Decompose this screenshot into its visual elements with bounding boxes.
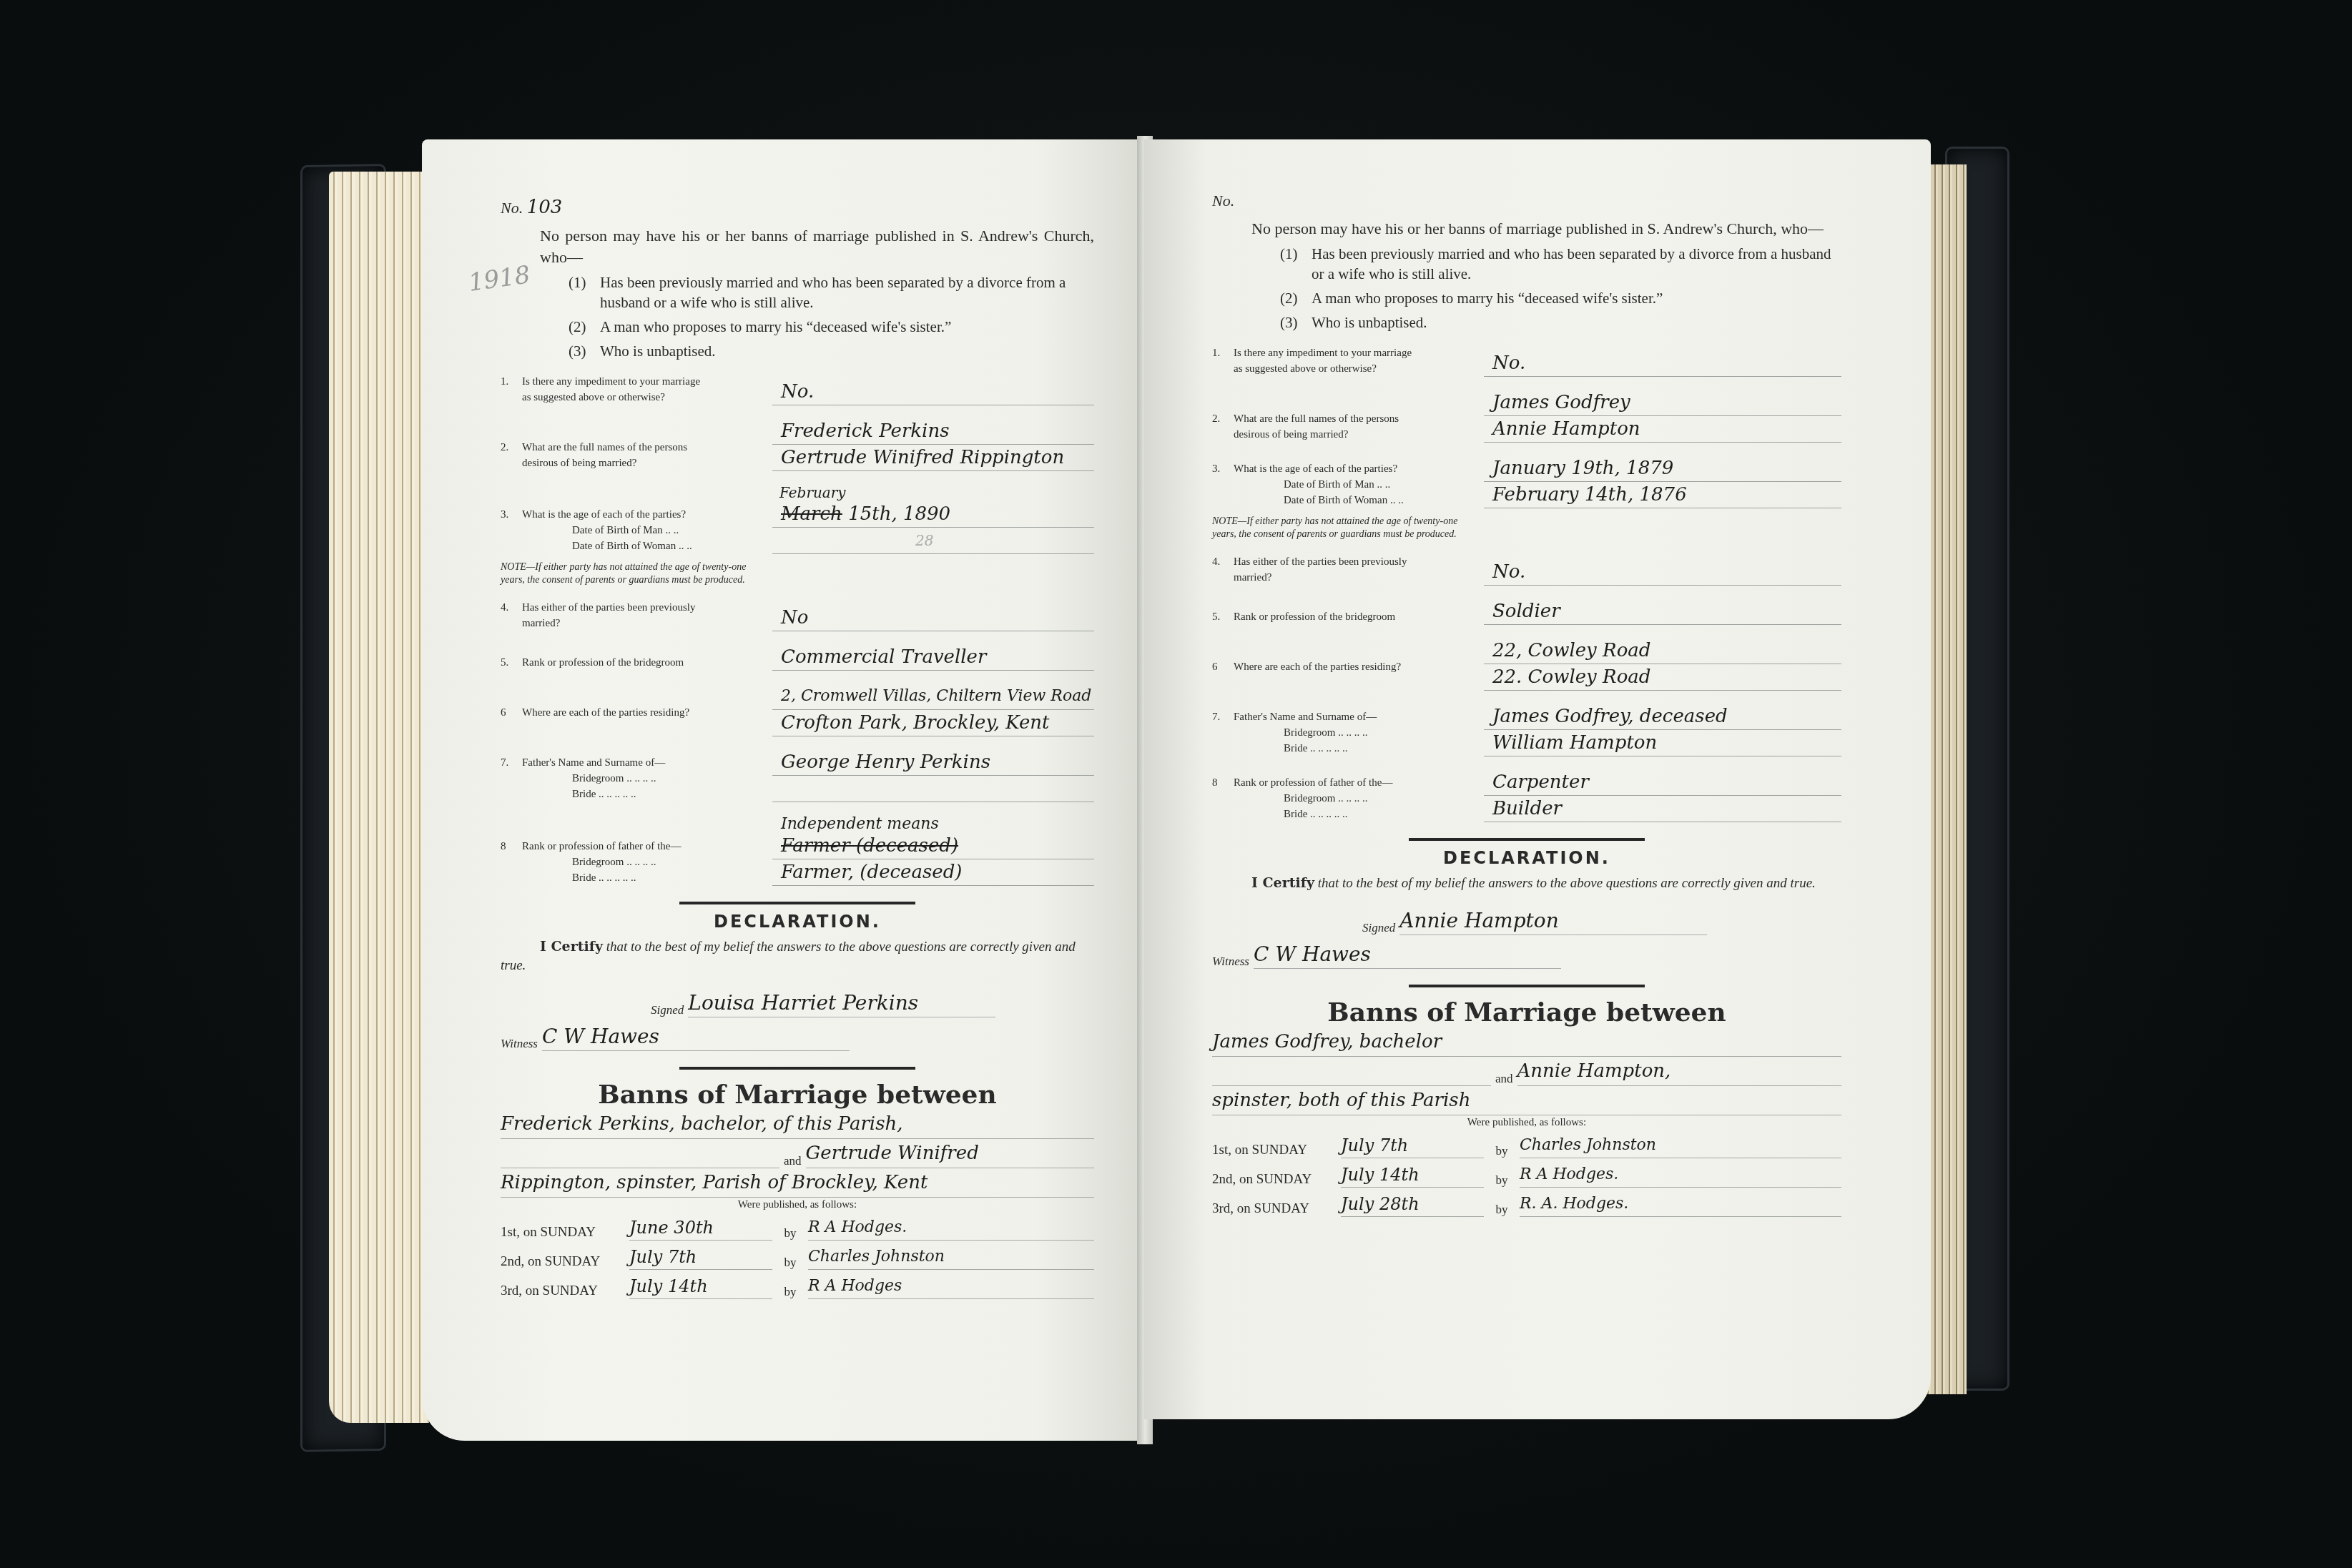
divider — [1409, 838, 1645, 841]
question-8: 8Rank or profession of father of the— Br… — [1212, 769, 1841, 822]
question-2: 2.What are the full names of the persons… — [1212, 390, 1841, 443]
banns-groom: James Godfrey, bachelor — [1212, 1027, 1841, 1057]
right-page: No. No person may have his or her banns … — [1144, 139, 1931, 1419]
previously-married: No — [772, 605, 1094, 631]
restriction-item: (2)A man who proposes to marry his “dece… — [1280, 288, 1841, 308]
banns-bride: Gertrude Winifred — [806, 1139, 1094, 1168]
restriction-item: (2)A man who proposes to marry his “dece… — [569, 317, 1094, 337]
question-5: 5.Rank or profession of the bridegroom S… — [1212, 598, 1841, 625]
witness-row: Witness C W Hawes — [1212, 941, 1841, 969]
bride-name: Gertrude Winifred Rippington — [772, 445, 1094, 471]
witness-signature: C W Hawes — [542, 1023, 850, 1051]
question-2: 2.What are the full names of the persons… — [501, 418, 1094, 471]
publication-row: 1st, on SUNDAYJuly 7th byCharles Johnsto… — [1212, 1133, 1841, 1158]
entry-number: No. — [1212, 189, 1841, 211]
residence-2: Crofton Park, Brockley, Kent — [772, 710, 1094, 736]
declaration-title: DECLARATION. — [1212, 848, 1841, 868]
witness-row: Witness C W Hawes — [501, 1023, 1094, 1051]
father-groom: James Godfrey, deceased — [1484, 704, 1841, 730]
banns-bride: Annie Hampton, — [1517, 1057, 1841, 1086]
answer-impediment: No. — [772, 379, 1094, 405]
question-1: 1.Is there any impediment to your marria… — [1212, 345, 1841, 377]
signature: Annie Hampton — [1399, 907, 1707, 935]
father-bride-rank: Farmer, (deceased) — [772, 859, 1094, 886]
publication-row: 3rd, on SUNDAYJuly 28th byR. A. Hodges. — [1212, 1192, 1841, 1217]
question-6: 6Where are each of the parties residing?… — [501, 684, 1094, 736]
intro-text: No person may have his or her banns of m… — [1212, 218, 1841, 240]
banns-bride-cont: Rippington, spinster, Parish of Brockley… — [501, 1168, 1094, 1198]
divider — [679, 1067, 915, 1070]
groom-name: Frederick Perkins — [772, 418, 1094, 445]
dob-correction: February — [772, 484, 1094, 501]
question-4: 4.Has either of the parties been previou… — [1212, 554, 1841, 586]
published-label: Were published, as follows: — [1212, 1117, 1841, 1129]
father-groom-rank-struck: Farmer (deceased) — [772, 833, 1094, 859]
restriction-list: (1)Has been previously married and who h… — [1280, 244, 1841, 332]
woman-dob: February 14th, 1876 — [1484, 482, 1841, 508]
previously-married: No. — [1484, 559, 1841, 586]
residence-2: 22. Cowley Road — [1484, 664, 1841, 691]
age-note: NOTE—If either party has not attained th… — [1212, 516, 1477, 541]
question-6: 6Where are each of the parties residing?… — [1212, 638, 1841, 691]
question-5: 5.Rank or profession of the bridegroom C… — [501, 644, 1094, 671]
published-label: Were published, as follows: — [501, 1199, 1094, 1211]
answer-impediment: No. — [1484, 350, 1841, 377]
restriction-item: (3)Who is unbaptised. — [569, 341, 1094, 361]
witness-signature: C W Hawes — [1254, 941, 1561, 969]
certify-text: I Certify that to the best of my belief … — [1212, 874, 1841, 893]
question-1: 1.Is there any impediment to your marria… — [501, 374, 1094, 405]
man-dob: January 19th, 1879 — [1484, 455, 1841, 482]
signed-row: Signed Louisa Harriet Perkins — [501, 990, 1094, 1017]
father-groom: George Henry Perkins — [772, 749, 1094, 776]
banns-and-row: and Annie Hampton, — [1212, 1057, 1841, 1086]
banns-title: Banns of Marriage between — [1212, 997, 1841, 1027]
publication-row: 2nd, on SUNDAYJuly 7th byCharles Johnsto… — [501, 1245, 1094, 1270]
page-stack-left — [329, 172, 429, 1423]
declaration-title: DECLARATION. — [501, 912, 1094, 932]
banns-bride-cont: spinster, both of this Parish — [1212, 1086, 1841, 1115]
publication-row: 3rd, on SUNDAYJuly 14th byR A Hodges — [501, 1274, 1094, 1299]
banns-groom: Frederick Perkins, bachelor, of this Par… — [501, 1110, 1094, 1139]
restriction-list: (1)Has been previously married and who h… — [569, 272, 1094, 361]
groom-name: James Godfrey — [1484, 390, 1841, 416]
bride-name: Annie Hampton — [1484, 416, 1841, 443]
woman-dob: 28 — [772, 528, 1094, 554]
restriction-item: (3)Who is unbaptised. — [1280, 312, 1841, 332]
restriction-item: (1)Has been previously married and who h… — [569, 272, 1094, 312]
entry-number: No. 103 — [501, 197, 1094, 218]
father-bride-rank: Builder — [1484, 796, 1841, 822]
publication-row: 2nd, on SUNDAYJuly 14th byR A Hodges. — [1212, 1163, 1841, 1188]
father-bride: William Hampton — [1484, 730, 1841, 756]
signature: Louisa Harriet Perkins — [688, 990, 995, 1017]
father-groom-rank-correction: Independent means — [772, 815, 1094, 833]
father-groom-rank: Carpenter — [1484, 769, 1841, 796]
divider — [679, 902, 915, 904]
signed-row: Signed Annie Hampton — [1212, 907, 1841, 935]
question-7: 7.Father's Name and Surname of— Bridegro… — [1212, 704, 1841, 756]
divider — [1409, 985, 1645, 987]
question-8: 8Rank or profession of father of the— Br… — [501, 815, 1094, 886]
groom-profession: Soldier — [1484, 598, 1841, 625]
age-note: NOTE—If either party has not attained th… — [501, 561, 765, 587]
residence-1: 22, Cowley Road — [1484, 638, 1841, 664]
question-3: 3.What is the age of each of the parties… — [1212, 455, 1841, 508]
banns-and-row: and Gertrude Winifred — [501, 1139, 1094, 1168]
certify-text: I Certify that to the best of my belief … — [501, 937, 1094, 975]
residence-1: 2, Cromwell Villas, Chiltern View Road — [772, 684, 1094, 710]
father-bride — [772, 776, 1094, 802]
man-dob: March 15th, 1890 — [772, 501, 1094, 528]
question-4: 4.Has either of the parties been previou… — [501, 600, 1094, 631]
question-7: 7.Father's Name and Surname of— Bridegro… — [501, 749, 1094, 802]
entry-number-value: 103 — [527, 197, 563, 218]
restriction-item: (1)Has been previously married and who h… — [1280, 244, 1841, 284]
publication-row: 1st, on SUNDAYJune 30th byR A Hodges. — [501, 1216, 1094, 1241]
intro-text: No person may have his or her banns of m… — [501, 225, 1094, 268]
groom-profession: Commercial Traveller — [772, 644, 1094, 671]
left-page: 1918 No. 103 No person may have his or h… — [422, 139, 1144, 1441]
banns-title: Banns of Marriage between — [501, 1080, 1094, 1110]
question-3: 3.What is the age of each of the parties… — [501, 484, 1094, 554]
